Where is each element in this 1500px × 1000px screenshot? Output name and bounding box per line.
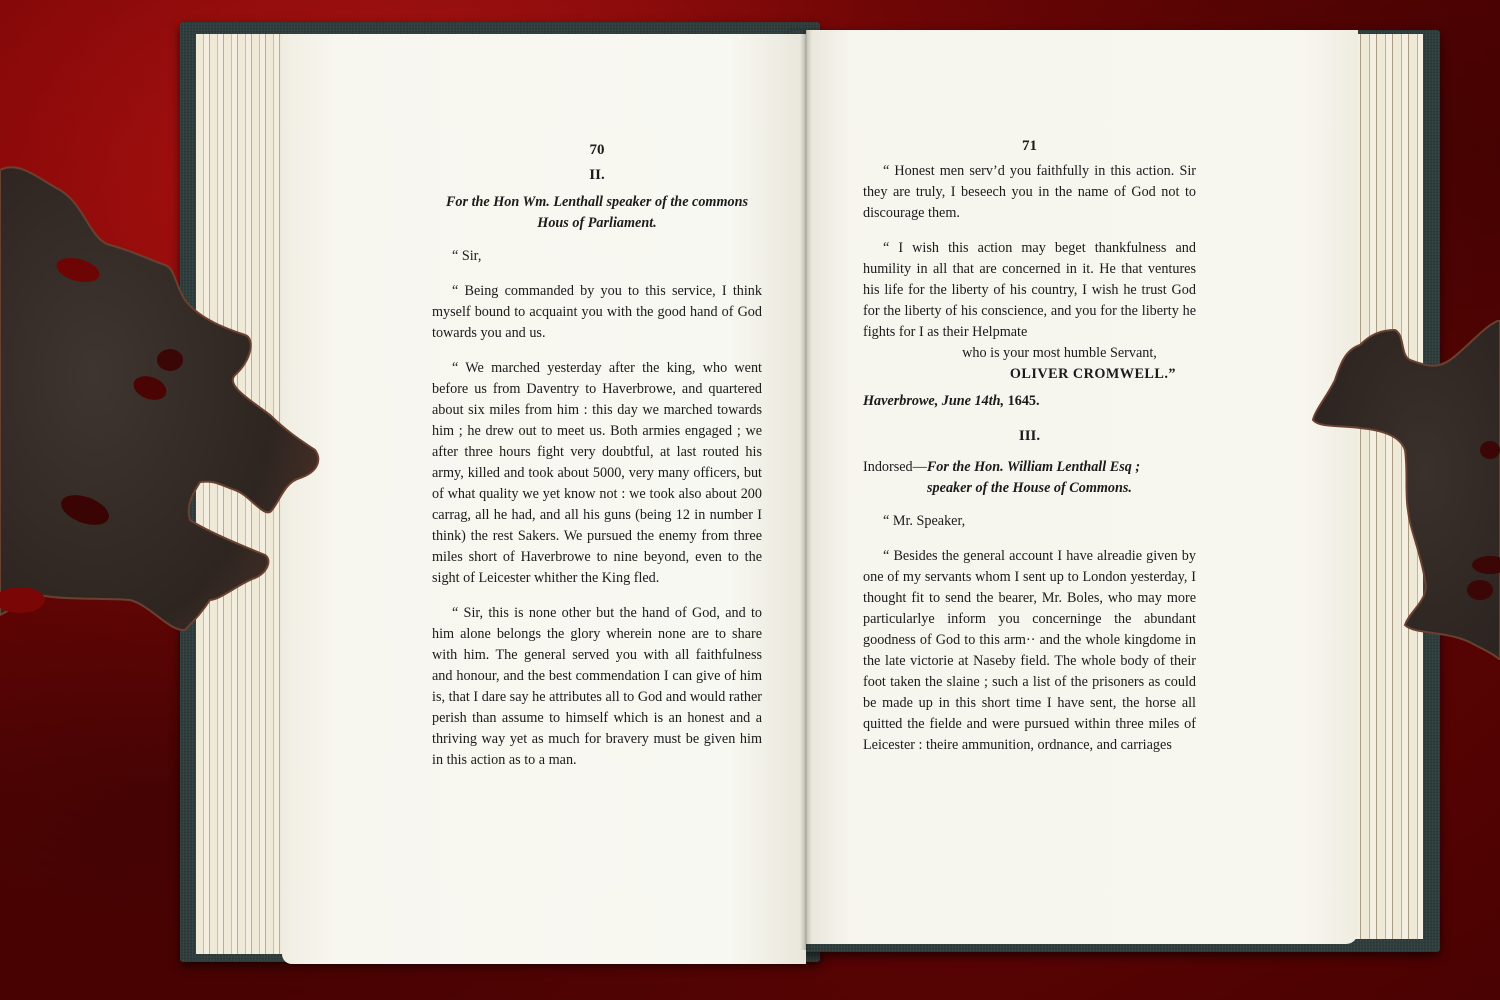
- left-page-text: 70 II. For the Hon Wm. Lenthall speaker …: [432, 140, 762, 785]
- paragraph: “ I wish this action may beget thankfuln…: [863, 238, 1196, 343]
- paragraph: “ We marched yesterday after the king, w…: [432, 358, 762, 589]
- section-heading: II.: [432, 165, 762, 186]
- signoff: who is your most humble Servant,: [863, 343, 1196, 364]
- indorsement: Indorsed—For the Hon. William Lenthall E…: [863, 457, 1196, 478]
- signature: OLIVER CROMWELL.”: [863, 364, 1176, 385]
- right-page-text: 71 “ Honest men serv’d you faithfully in…: [863, 136, 1196, 770]
- salutation: “ Sir,: [432, 246, 762, 267]
- salutation: “ Mr. Speaker,: [863, 511, 1196, 532]
- dateline-year: 1645.: [1008, 393, 1040, 409]
- address-line: Hous of Parliament.: [432, 213, 762, 234]
- left-page-clamp: [0, 160, 340, 680]
- paragraph: “ Sir, this is none other but the hand o…: [432, 603, 762, 771]
- page-number: 70: [432, 140, 762, 161]
- dateline-place: Haverbrowe, June 14th,: [863, 393, 1004, 409]
- address-line: For the Hon Wm. Lenthall speaker of the …: [432, 192, 762, 213]
- paragraph: “ Honest men serv’d you faithfully in th…: [863, 161, 1196, 224]
- paragraph: “ Besides the general account I have alr…: [863, 546, 1196, 756]
- indorsed-label: Indorsed—: [863, 459, 927, 475]
- right-page-clamp: [1310, 320, 1500, 660]
- dateline: Haverbrowe, June 14th, 1645.: [863, 391, 1196, 412]
- indorsed-address: For the Hon. William Lenthall Esq ;: [927, 459, 1140, 475]
- section-heading: III.: [863, 426, 1196, 447]
- paragraph: “ Being commanded by you to this service…: [432, 281, 762, 344]
- page-number: 71: [863, 136, 1196, 157]
- indorsed-address: speaker of the House of Commons.: [863, 478, 1196, 499]
- book-gutter: [800, 30, 812, 950]
